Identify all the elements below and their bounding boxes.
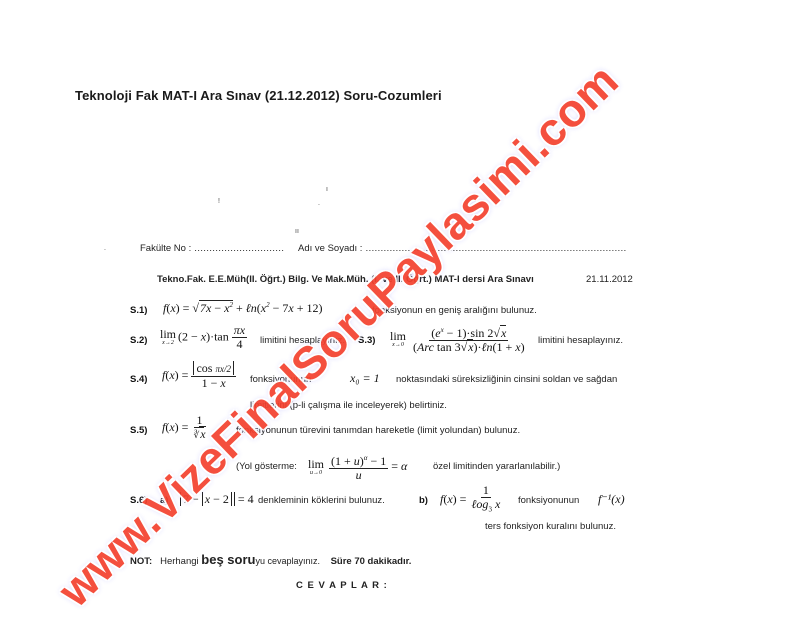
question-2-text: limitini hesaplayınız. xyxy=(260,335,345,346)
note-text-1: Herhangi xyxy=(160,556,199,567)
question-5-hint-formula: limu→0 (1 + u)α − 1u = α xyxy=(308,452,407,482)
question-5-hint-prefix: (Yol gösterme: xyxy=(236,461,297,472)
exam-page: Teknoloji Fak MAT-I Ara Sınav (21.12.201… xyxy=(0,0,787,621)
note-duration: Süre 70 dakikadır. xyxy=(331,556,412,567)
question-5-hint-suffix: özel limitinden yararlanılabilir.) xyxy=(433,461,560,472)
scan-speck: ı xyxy=(326,186,328,193)
question-1-formula: f(x) = √7x − x2 + ℓn(x2 − 7x + 12) xyxy=(163,301,322,316)
note-emphasis: beş soru xyxy=(201,552,255,567)
name-label: Adı ve Soyadı : xyxy=(298,243,362,254)
question-4-text-3: limitlerini (p-li çalışma ile inceleyere… xyxy=(250,400,447,411)
question-6b-inverse: f⁻¹(x) xyxy=(598,492,625,507)
note-label: NOT: xyxy=(130,556,152,567)
question-2-label: S.2) xyxy=(130,335,147,346)
faculty-no-blank: ………………………… xyxy=(194,243,284,254)
question-6a-label: a) xyxy=(160,495,168,506)
exam-header: Tekno.Fak. E.E.Müh(II. Öğrt.) Bilg. Ve M… xyxy=(157,274,534,285)
question-3-formula: limx→0 (ex − 1)·sin 2√x(Arc tan 3√x)·ℓn(… xyxy=(390,324,527,354)
exam-note: NOT: Herhangi beş soruyu cevaplayınız. S… xyxy=(130,552,411,567)
question-6-label: S.6) xyxy=(130,495,147,506)
scan-speck: . xyxy=(318,200,320,207)
question-1-label: S.1) xyxy=(130,305,147,316)
question-6a-text: denkleminin köklerini bulunuz. xyxy=(258,495,385,506)
question-4-formula: f(x) = cos πx/21 − x xyxy=(162,362,236,390)
scan-speck: ! xyxy=(218,198,220,205)
question-6a-formula: 7 − x − 2 = 4 xyxy=(180,492,254,507)
question-1-text: fonksiyonun en geniş aralığını bulunuz. xyxy=(372,305,537,316)
question-4-label: S.4) xyxy=(130,374,147,385)
faculty-no-label: Fakülte No : xyxy=(140,243,191,254)
question-2-formula: limx→2(2 − x)·tan πx4 xyxy=(160,324,247,351)
question-6b-label: b) xyxy=(419,495,428,506)
question-5-label: S.5) xyxy=(130,425,147,436)
document-title: Teknoloji Fak MAT-I Ara Sınav (21.12.201… xyxy=(75,88,442,103)
question-6b-formula: f(x) = 1ℓog3 x xyxy=(440,484,502,516)
answers-heading: C E V A P L A R : xyxy=(296,580,388,591)
name-field: Adı ve Soyadı : ………………………………………………………………… xyxy=(298,243,626,254)
question-4-point: x₀ = 1 xyxy=(350,371,380,386)
name-blank: …………………………………………………………………………… xyxy=(365,243,626,254)
note-text-2: yu cevaplayınız. xyxy=(255,556,320,566)
exam-date: 21.11.2012 xyxy=(586,274,633,285)
question-3-label: S.3) xyxy=(358,335,375,346)
question-4-text: fonksiyonunun xyxy=(250,374,311,385)
question-4-text-2: noktasındaki süreksizliğinin cinsini sol… xyxy=(396,374,617,385)
question-5-text: fonksiyonunun türevini tanımdan hareketl… xyxy=(236,425,520,436)
question-3-text: limitini hesaplayınız. xyxy=(538,335,623,346)
faculty-no-field: Fakülte No : ………………………… xyxy=(140,243,284,254)
question-5-formula: f(x) = 1∛x xyxy=(162,414,208,442)
question-6b-text-2: ters fonksiyon kuralını bulunuz. xyxy=(485,521,616,532)
scan-speck: ıı xyxy=(295,228,299,235)
question-6b-text: fonksiyonunun xyxy=(518,495,579,506)
scan-speck: . xyxy=(104,245,106,252)
